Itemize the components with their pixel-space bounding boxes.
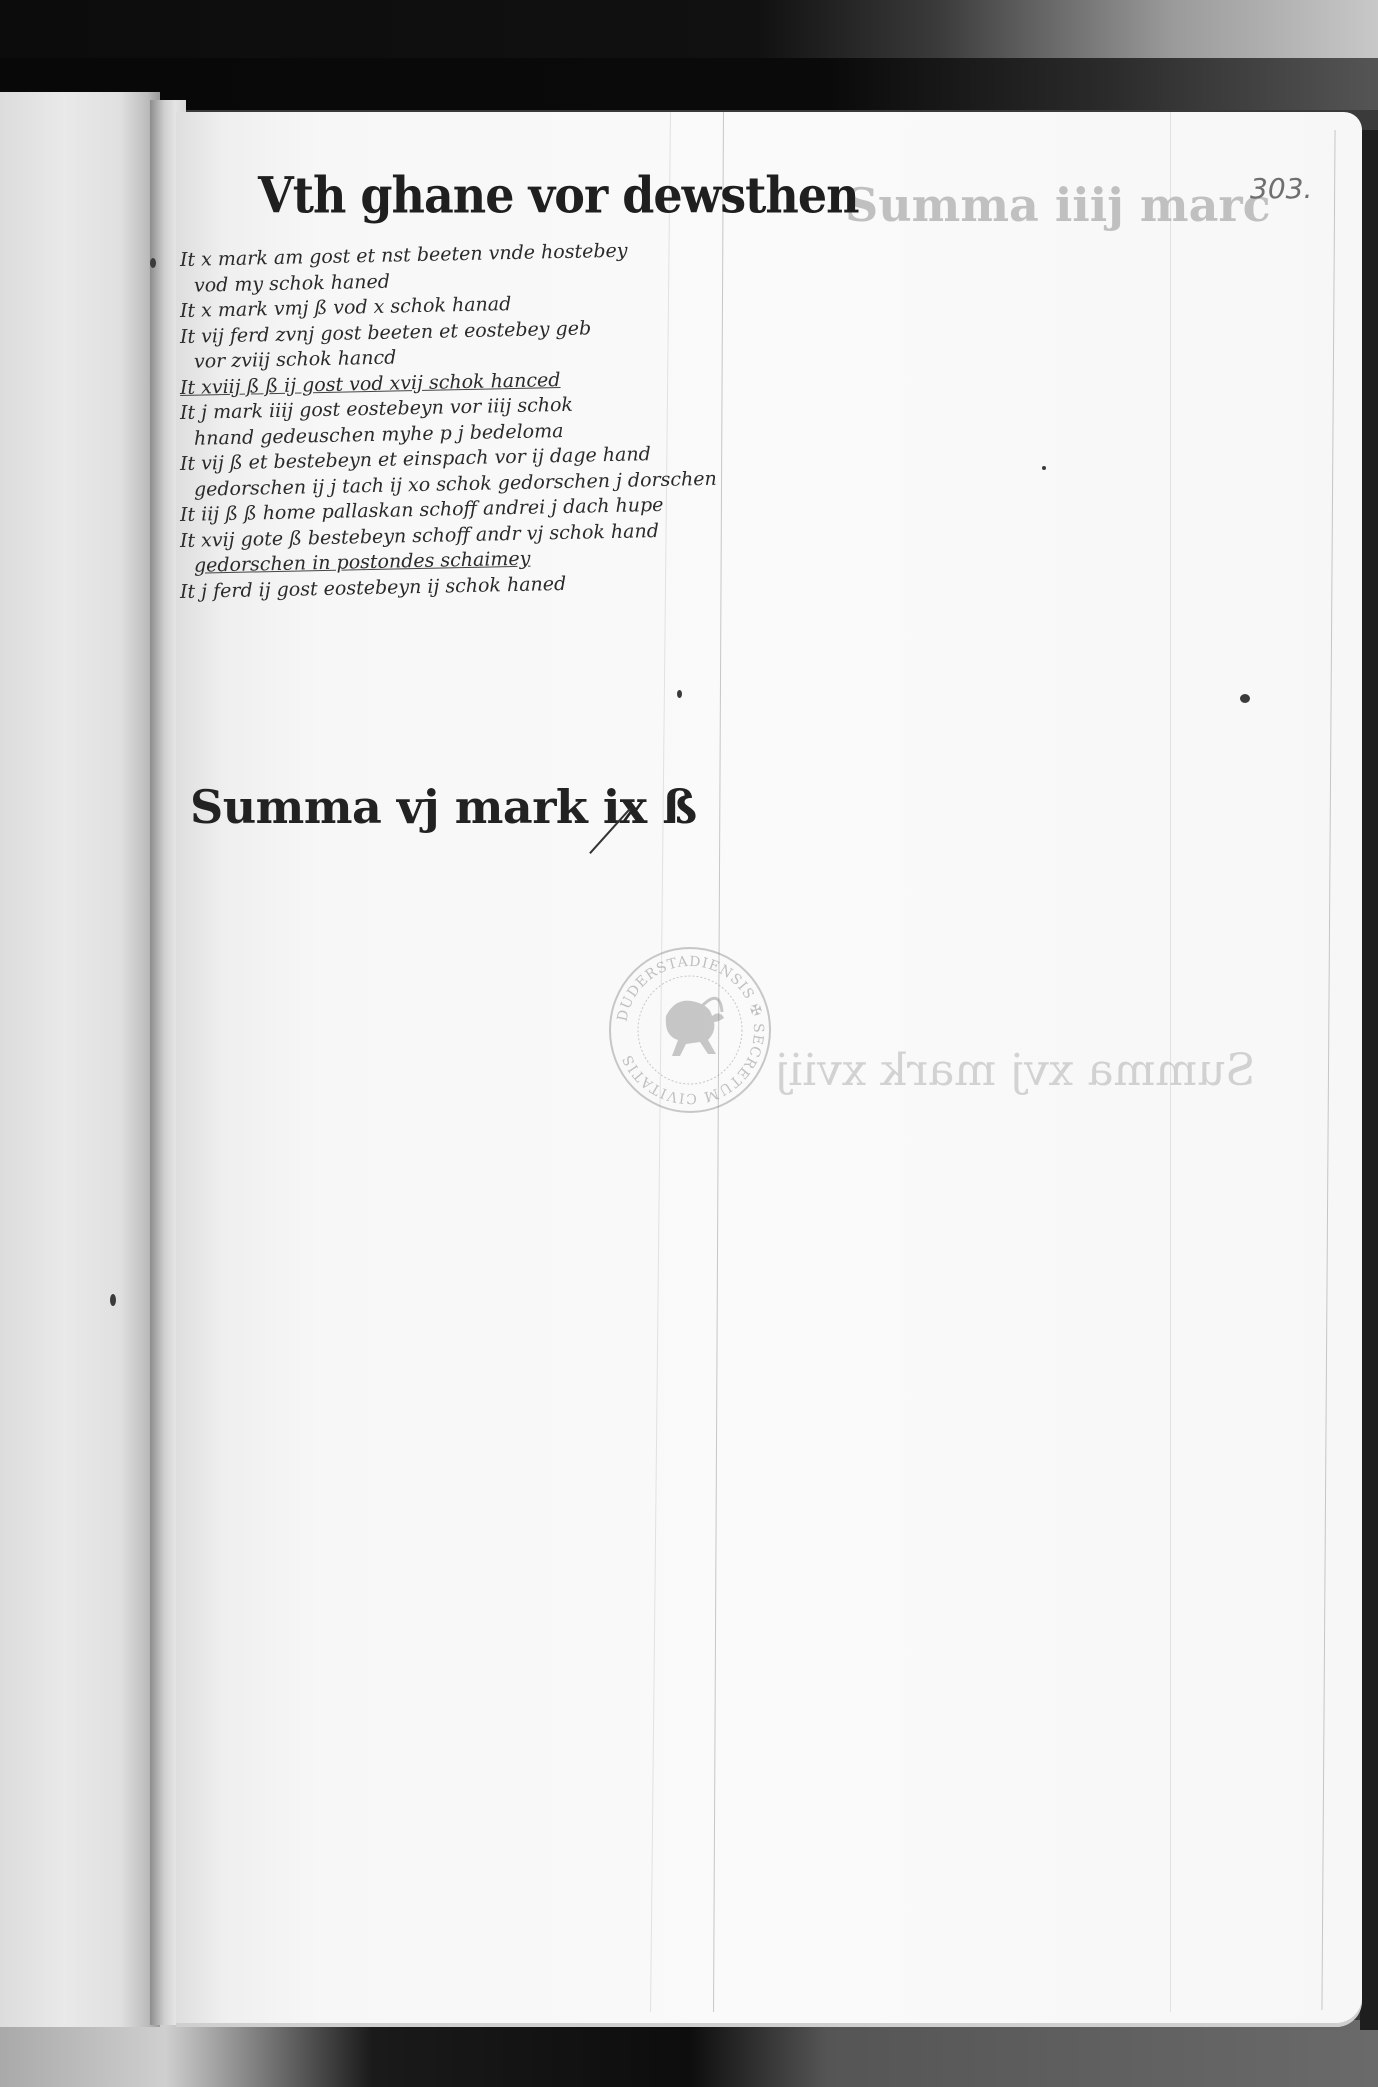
lion-emblem-icon: [666, 998, 724, 1056]
summa-total: Summa vj mark ix ß: [190, 780, 697, 834]
folio-number: 303.: [1250, 172, 1312, 205]
bleedthrough-header: Summa iiij marc: [845, 178, 1271, 232]
scanner-bed-bottom: [0, 2020, 1378, 2087]
ink-spot: [110, 1294, 116, 1306]
page-heading: Vth ghane vor dewsthen: [258, 166, 859, 224]
left-page-edge: [0, 92, 160, 2027]
ink-spot: [677, 690, 682, 698]
ink-spot: [1042, 466, 1046, 470]
ink-spot: [150, 258, 156, 268]
account-entries: It x mark am gost et nst beeten vnde hos…: [180, 248, 760, 605]
ink-spot: [1240, 694, 1250, 703]
scanner-bed-top: [0, 0, 1378, 110]
page-edge-shadow: [1360, 130, 1378, 2030]
bleedthrough-summa: Summa xvj mark xviij: [775, 1045, 1256, 1096]
archive-seal-stamp: DUDERSTADIENSIS ✠ SECRETUM CIVITATIS: [606, 946, 774, 1114]
